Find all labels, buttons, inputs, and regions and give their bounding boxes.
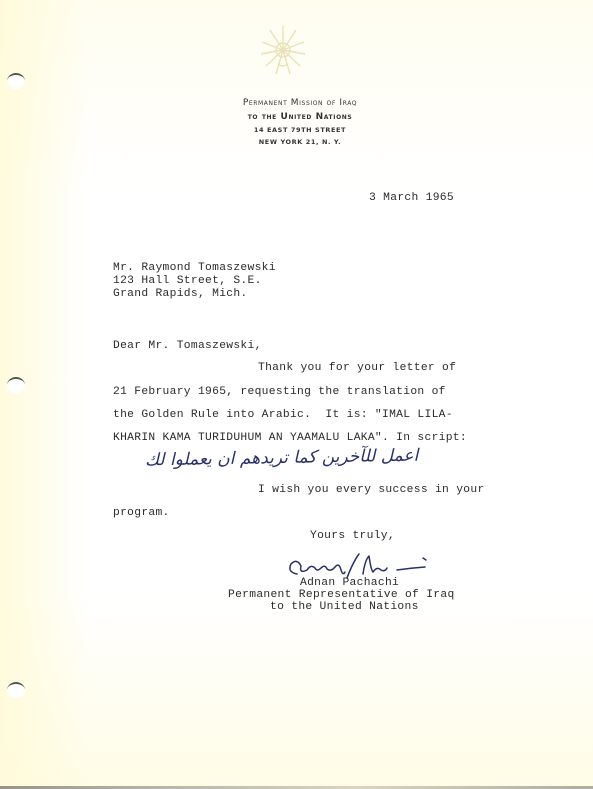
body-line-1: Thank you for your letter of <box>258 362 456 374</box>
body-line-6: program. <box>113 507 170 519</box>
letterhead-mission: Permanent Mission of Iraq <box>200 96 400 110</box>
letterhead-city: NEW YORK 21, N. Y. <box>200 136 400 148</box>
punch-hole-top <box>7 73 25 89</box>
closing: Yours truly, <box>310 530 395 542</box>
punch-hole-middle <box>7 377 25 393</box>
letterhead-street: 14 EAST 79TH STREET <box>200 124 400 136</box>
body-line-2: 21 February 1965, requesting the transla… <box>113 386 446 398</box>
letterhead: Permanent Mission of Iraq to the United … <box>200 96 400 148</box>
body-line-5: I wish you every success in your <box>258 484 485 496</box>
signatory-title-1: Permanent Representative of Iraq <box>228 589 455 601</box>
letter-page: Permanent Mission of Iraq to the United … <box>0 0 593 789</box>
recipient-city: Grand Rapids, Mich. <box>113 288 248 300</box>
salutation: Dear Mr. Tomaszewski, <box>113 340 262 352</box>
punch-hole-bottom <box>7 682 25 698</box>
emblem-icon <box>258 20 308 80</box>
letterhead-un: to the United Nations <box>200 110 400 124</box>
body-line-4: KHARIN KAMA TURIDUHUM AN YAAMALU LAKA". … <box>113 432 467 444</box>
signatory-title-2: to the United Nations <box>270 601 419 613</box>
recipient-street: 123 Hall Street, S.E. <box>113 275 262 287</box>
letter-date: 3 March 1965 <box>369 192 454 204</box>
recipient-name: Mr. Raymond Tomaszewski <box>113 262 276 274</box>
signatory-name: Adnan Pachachi <box>300 577 399 589</box>
body-line-3: the Golden Rule into Arabic. It is: "IMA… <box>113 409 453 421</box>
arabic-handwritten-text: اعمل للآخرين كما تريدهم ان يعملوا لك <box>145 446 419 471</box>
